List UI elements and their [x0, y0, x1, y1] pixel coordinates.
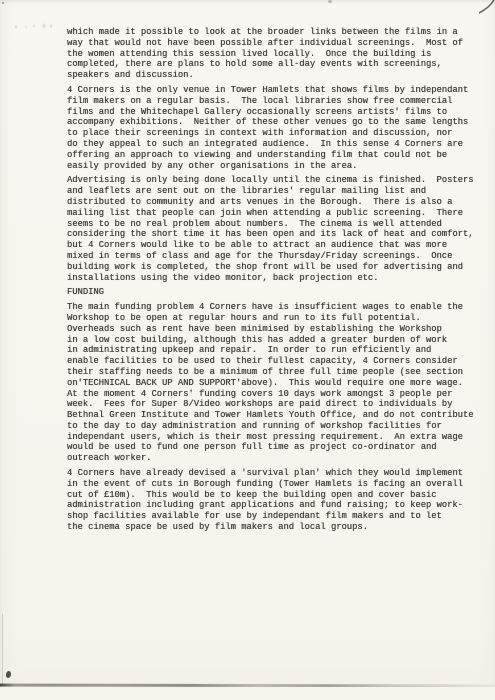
scan-speck-top-center [328, 0, 332, 3]
paragraph-only-venue: 4 Corners is the only venue in Tower Ham… [67, 85, 479, 171]
ink-blob-mark [5, 670, 12, 678]
corner-pen-stroke [479, 0, 495, 15]
pencil-smudge-mark [12, 21, 54, 32]
scan-speck-top-left [2, 2, 4, 4]
paragraph-broader-links: which made it possible to look at the br… [67, 27, 479, 81]
funding-section-heading: FUNDING [67, 287, 479, 298]
typewritten-text-block: which made it possible to look at the br… [67, 27, 479, 537]
scan-bottom-strip [0, 687, 495, 700]
corner-stroke-icon [479, 0, 495, 15]
paragraph-survival-plan: 4 Corners have already devised a 'surviv… [67, 468, 479, 533]
scanned-document-page: which made it possible to look at the br… [0, 0, 495, 700]
paragraph-funding-problem: The main funding problem 4 Corners have … [67, 302, 479, 464]
paper-edge-line [2, 614, 3, 686]
paragraph-advertising: Advertising is only being done locally u… [67, 175, 479, 283]
